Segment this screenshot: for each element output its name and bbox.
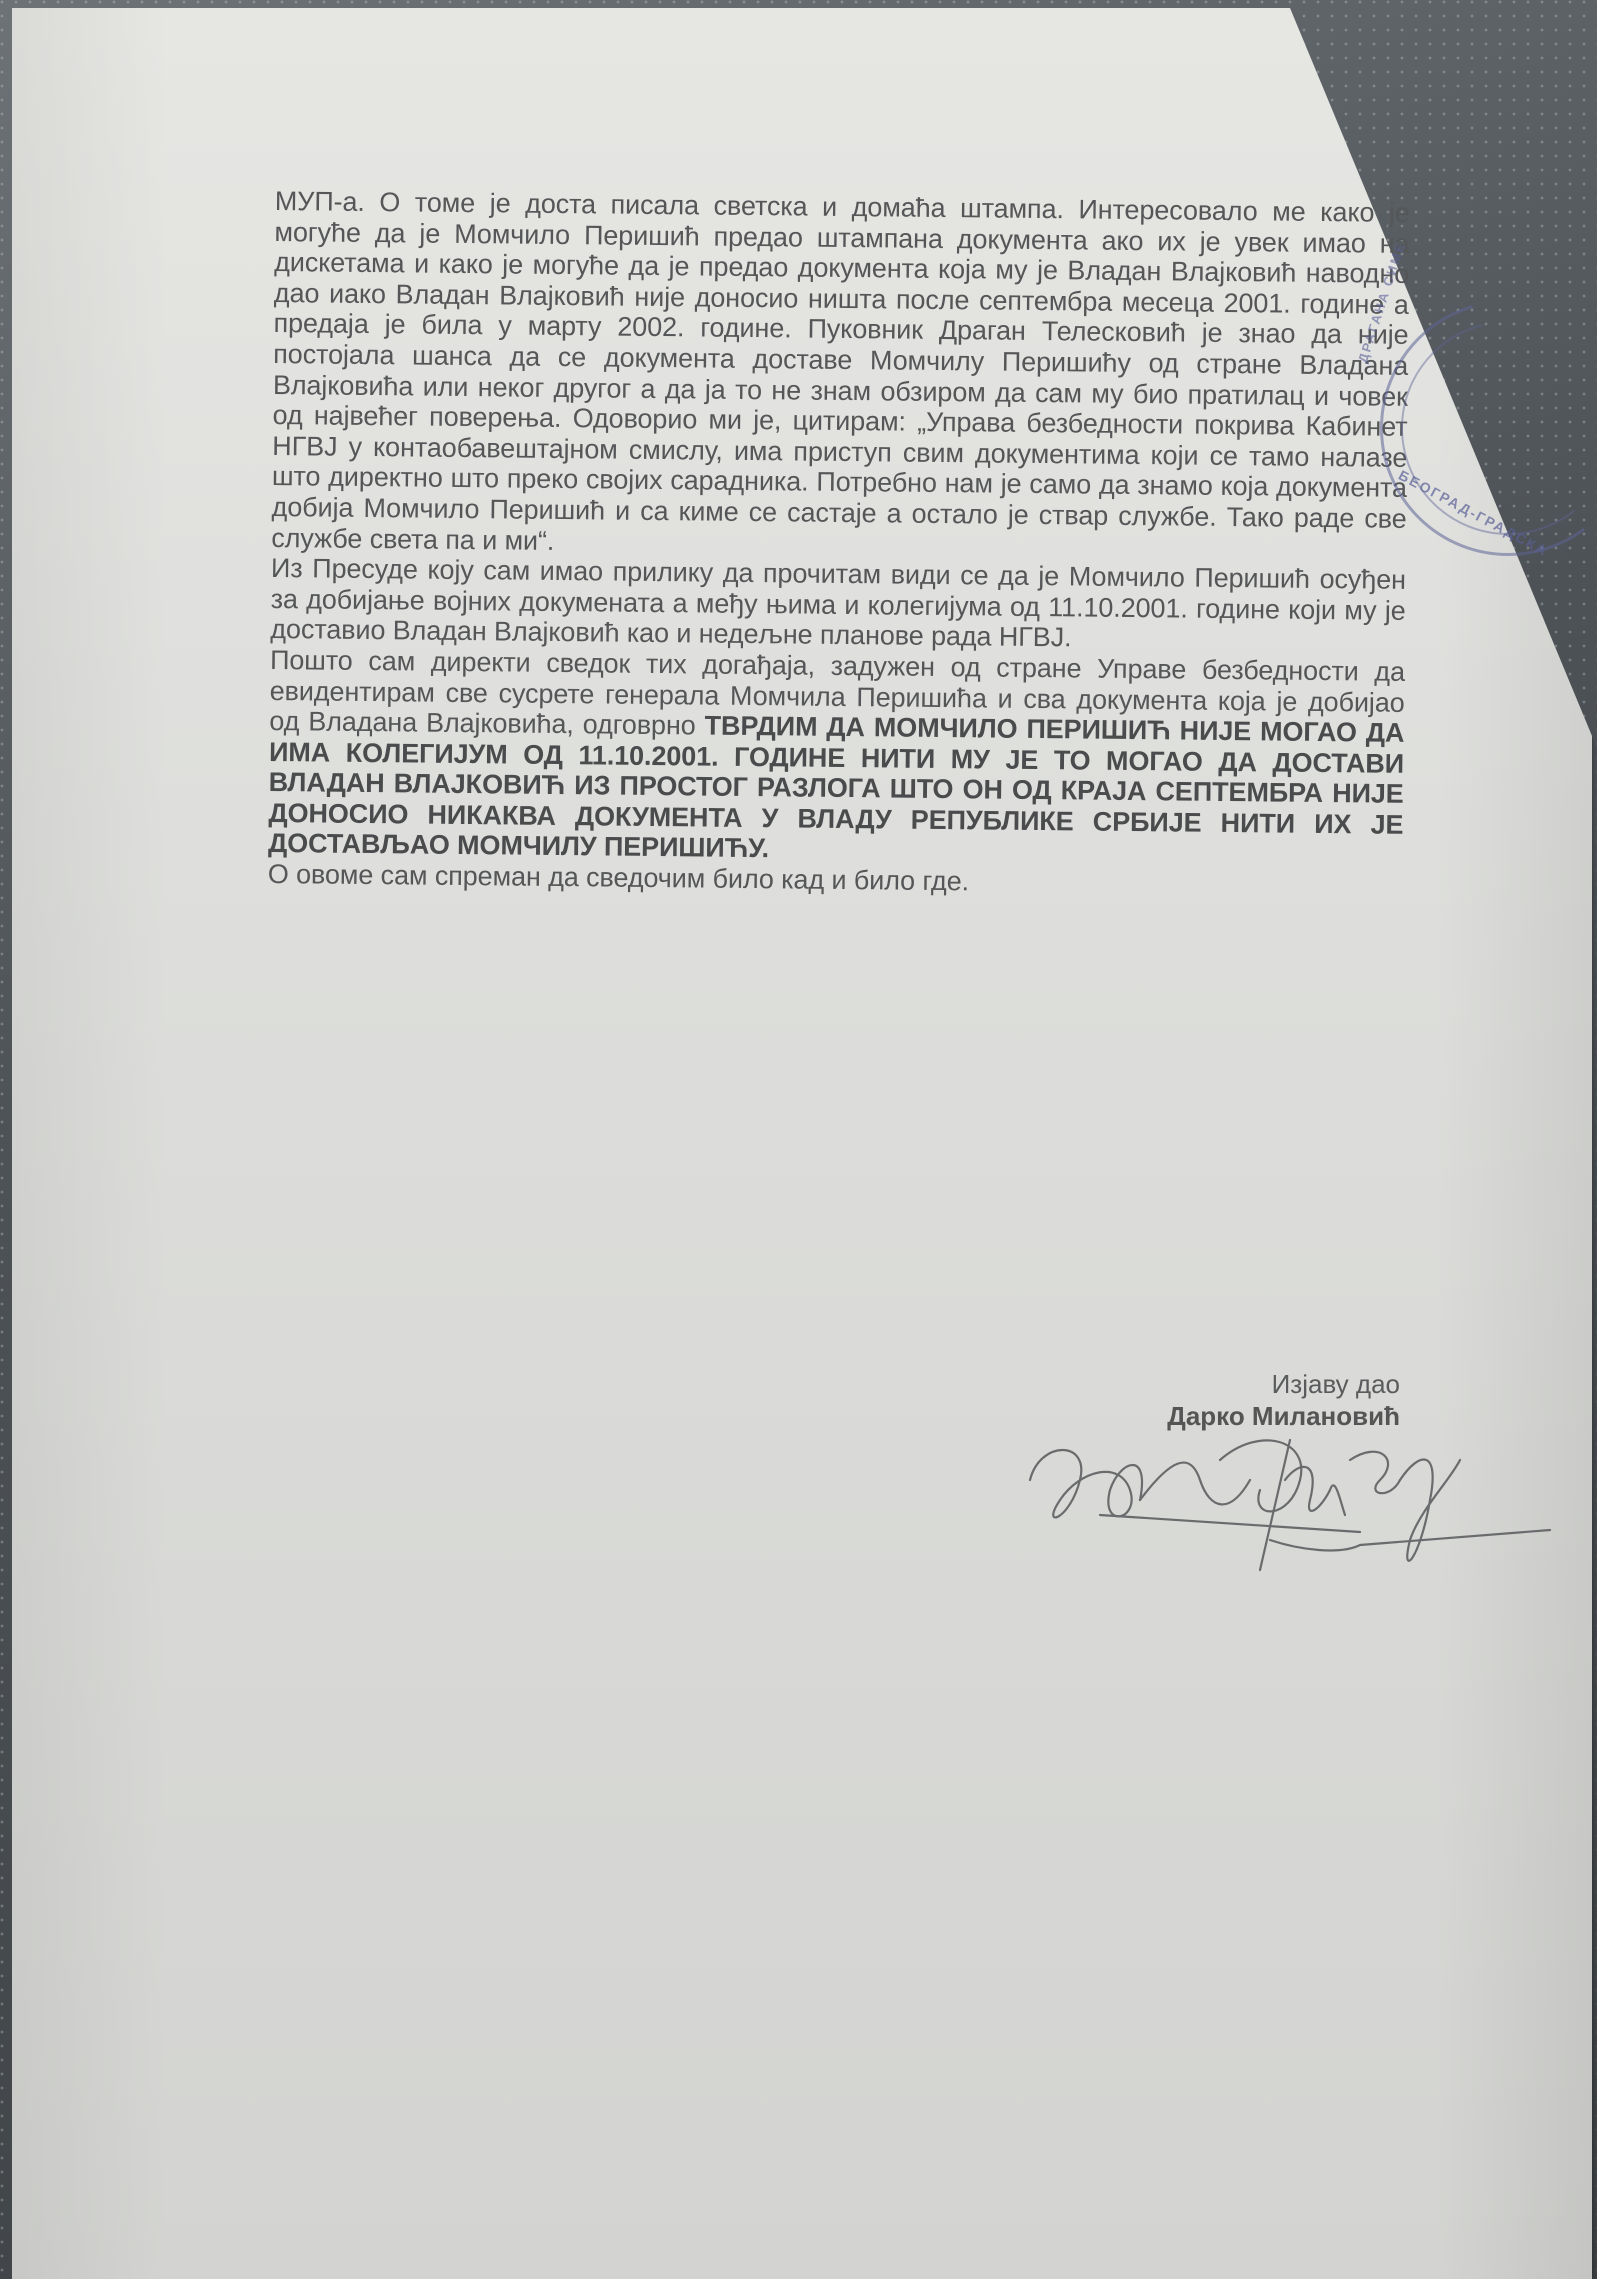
signoff-label: Изјаву дао bbox=[1100, 1368, 1400, 1400]
document-body: МУП-а. О томе је доста писала светска и … bbox=[268, 186, 1410, 902]
paragraph-3: Пошто сам директи сведок тих догађаја, з… bbox=[268, 645, 1405, 871]
paragraph-2: Из Пресуде коју сам имао прилику да проч… bbox=[270, 553, 1406, 657]
handwritten-signature bbox=[1020, 1420, 1590, 1580]
paragraph-1: МУП-а. О томе је доста писала светска и … bbox=[271, 186, 1410, 565]
